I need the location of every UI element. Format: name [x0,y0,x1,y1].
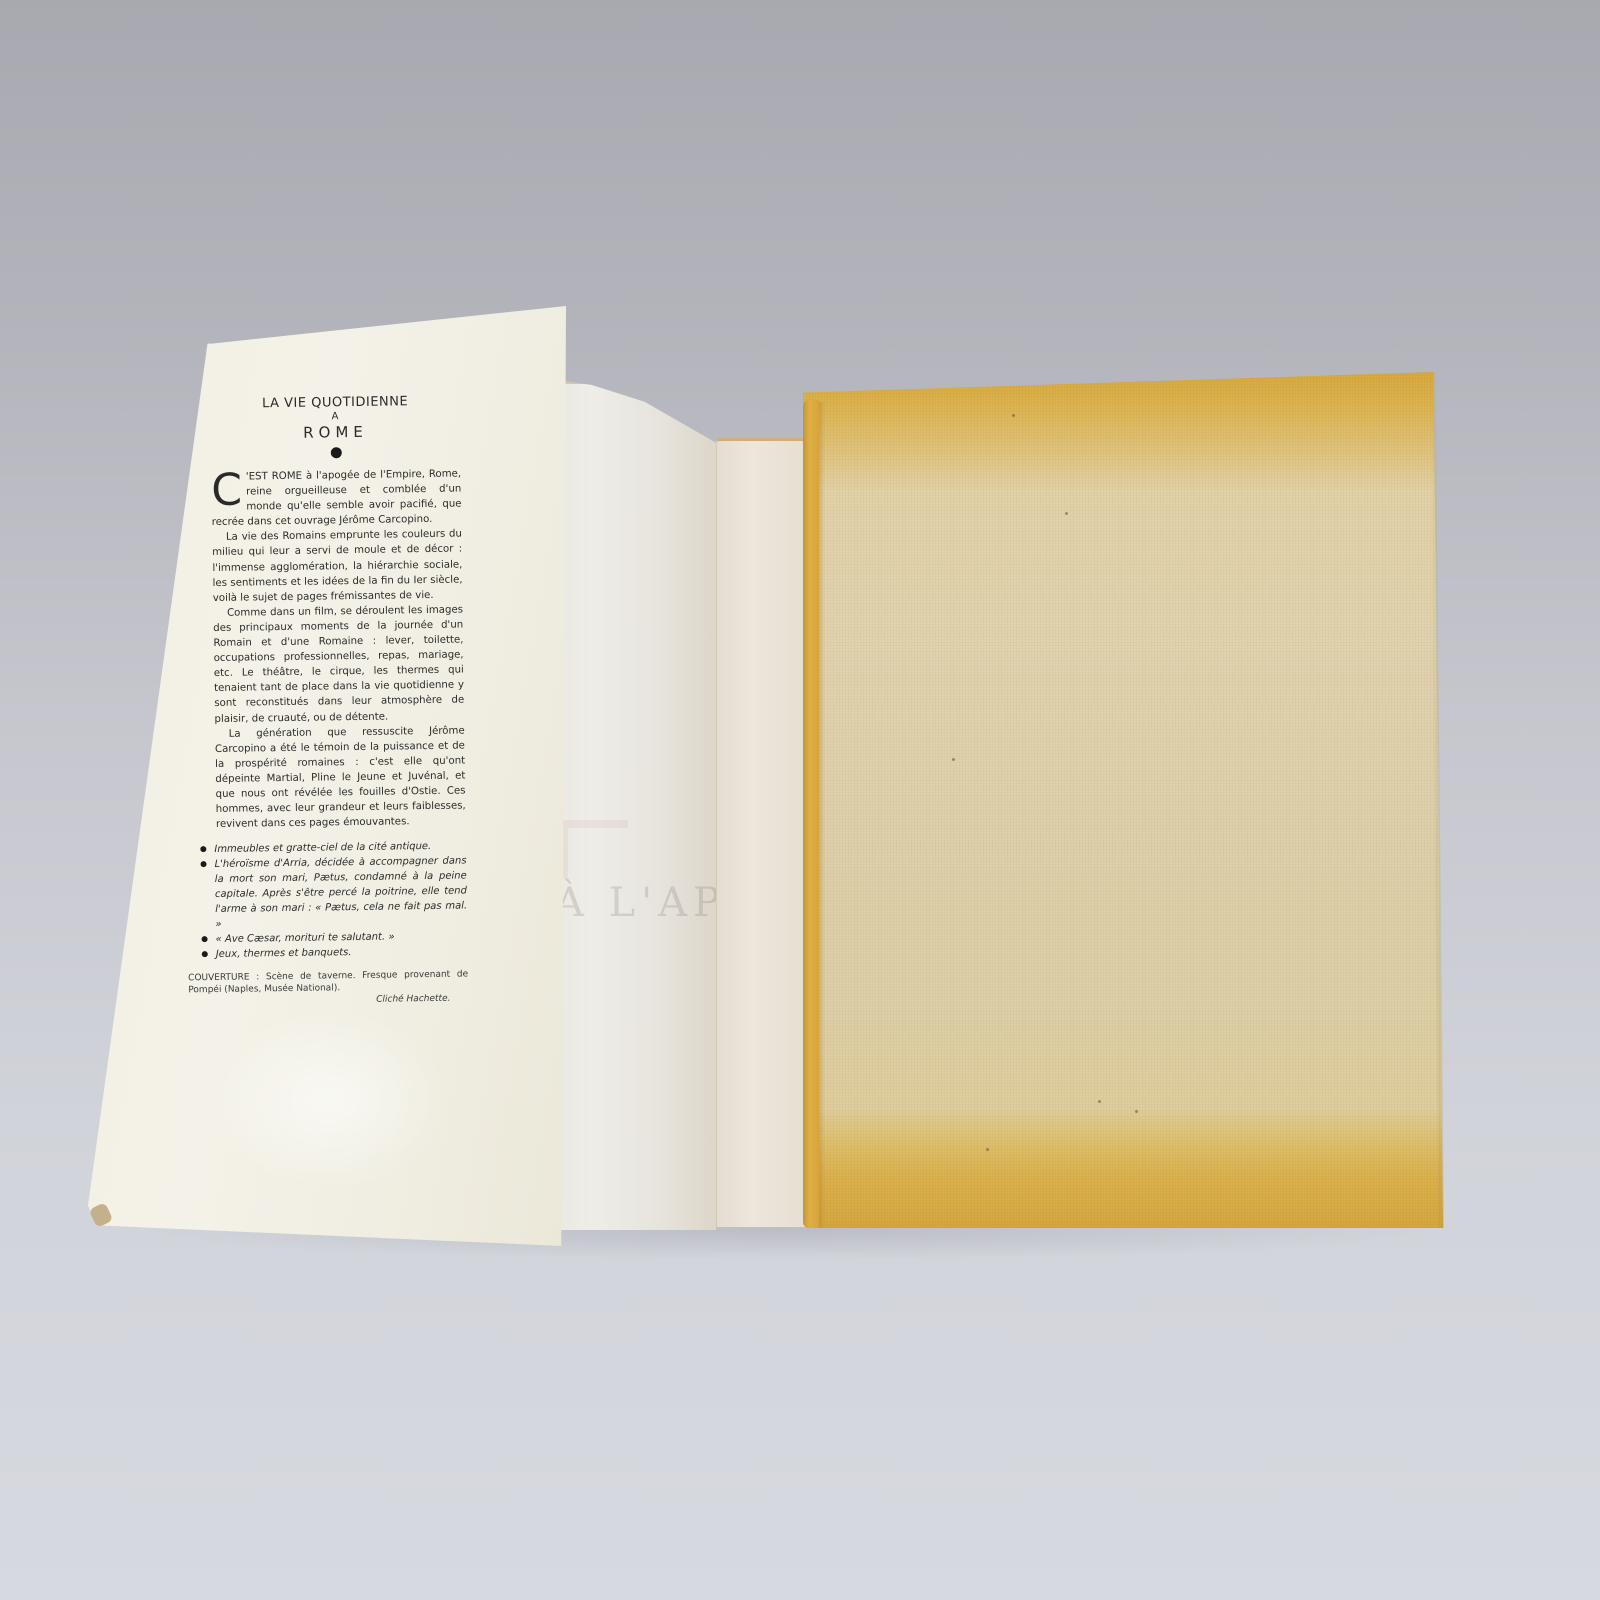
book-spine-edge [803,400,819,1228]
cloth-texture [803,372,1443,1228]
flap-paragraph-2: La vie des Romains emprunte les couleurs… [212,527,463,606]
paragraph-1-text: 'EST ROME à l'apogée de l'Empire, Rome, … [212,469,462,529]
highlight-item: L'héroïsme d'Arria, décidée à accompagne… [198,854,467,933]
cover-speck [986,1148,989,1151]
cover-speck [952,758,955,761]
dust-jacket-spine [716,438,805,1227]
jacket-showthrough-mark [560,820,628,878]
cover-speck [1098,1100,1101,1103]
cover-speck [1065,512,1068,515]
cover-speck [1012,414,1015,417]
flap-blurb: LA VIE QUOTIDIENNE A ROME C'EST ROME à l… [210,393,469,1009]
flap-body: C'EST ROME à l'apogée de l'Empire, Rome,… [211,467,466,833]
cover-credit: COUVERTURE : Scène de taverne. Fresque p… [188,969,468,1009]
drop-cap: C [211,472,242,510]
book-hinge [819,402,825,1228]
flap-title-line1: LA VIE QUOTIDIENNE [262,394,408,411]
cover-speck [1135,1110,1138,1113]
flap-paragraph-3: Comme dans un film, se déroulent les ima… [213,602,465,726]
flap-title: LA VIE QUOTIDIENNE A ROME [210,393,461,443]
highlight-item: Jeux, thermes et banquets. [200,944,468,963]
cover-credit-text: COUVERTURE : Scène de taverne. Fresque p… [188,970,468,996]
title-ornament-dot [330,447,341,458]
flap-highlights-list: Immeubles et gratte-ciel de la cité anti… [198,839,468,963]
flap-paragraph-4: La génération que ressuscite Jérôme Carc… [215,723,466,832]
book-cover [803,372,1443,1228]
flap-title-line3: ROME [210,422,460,443]
flap-paragraph-1: C'EST ROME à l'apogée de l'Empire, Rome,… [211,467,462,531]
